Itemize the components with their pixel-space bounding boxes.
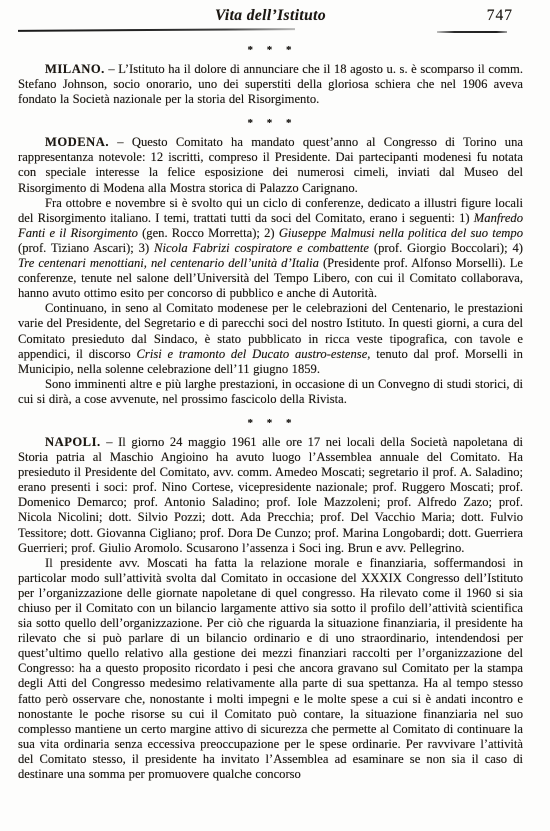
napoli-paragraph-1: NAPOLI. – Il giorno 24 maggio 1961 alle … [18, 435, 523, 556]
text-run: (prof. Tiziano Ascari); 3) [18, 241, 154, 255]
header-rule-left [18, 28, 295, 32]
section-separator: * * * [18, 117, 523, 129]
napoli-paragraph-2: Il presidente avv. Moscati ha fatta la r… [18, 556, 523, 782]
modena-paragraph-1: MODENA. – Questo Comitato ha mandato que… [18, 135, 523, 195]
header-rule-right [437, 31, 507, 33]
milano-paragraph-1: MILANO. – L’Istituto ha il dolore di ann… [18, 62, 523, 107]
text-run: Sono imminenti altre e più larghe presta… [18, 377, 523, 406]
city-heading: MODENA. [45, 135, 109, 149]
work-title-italic: Giuseppe Malmusi nella politica del suo … [279, 226, 523, 240]
work-title-italic: Tre centenari menottiani, nel centenario… [18, 256, 319, 270]
work-title-italic: Nicola Fabrizi cospiratore e combattente [154, 241, 369, 255]
page-header: Vita dell’Istituto 747 [18, 6, 523, 34]
text-run: Il presidente avv. Moscati ha fatta la r… [18, 556, 523, 781]
text-run: – Il giorno 24 maggio 1961 alle ore 17 n… [18, 435, 523, 555]
text-run: Fra ottobre e novembre si è svolto qui u… [18, 196, 523, 225]
text-run: (prof. Giorgio Boccolari); 4) [369, 241, 523, 255]
work-title-italic: Crisi e tramonto del Ducato austro-esten… [137, 347, 368, 361]
running-title: Vita dell’Istituto [215, 7, 326, 25]
section-separator: * * * [18, 417, 523, 429]
modena-paragraph-2: Fra ottobre e novembre si è svolto qui u… [18, 196, 523, 302]
modena-paragraph-3: Continuano, in seno al Comitato modenese… [18, 301, 523, 376]
city-heading: NAPOLI. [45, 435, 101, 449]
text-run: (gen. Rocco Morretta); 2) [138, 226, 279, 240]
page-body: * * *MILANO. – L’Istituto ha il dolore d… [18, 44, 523, 782]
journal-page: Vita dell’Istituto 747 * * *MILANO. – L’… [0, 0, 550, 831]
city-heading: MILANO. [45, 62, 105, 76]
page-number: 747 [487, 7, 513, 25]
section-separator: * * * [18, 44, 523, 56]
modena-paragraph-4: Sono imminenti altre e più larghe presta… [18, 377, 523, 407]
